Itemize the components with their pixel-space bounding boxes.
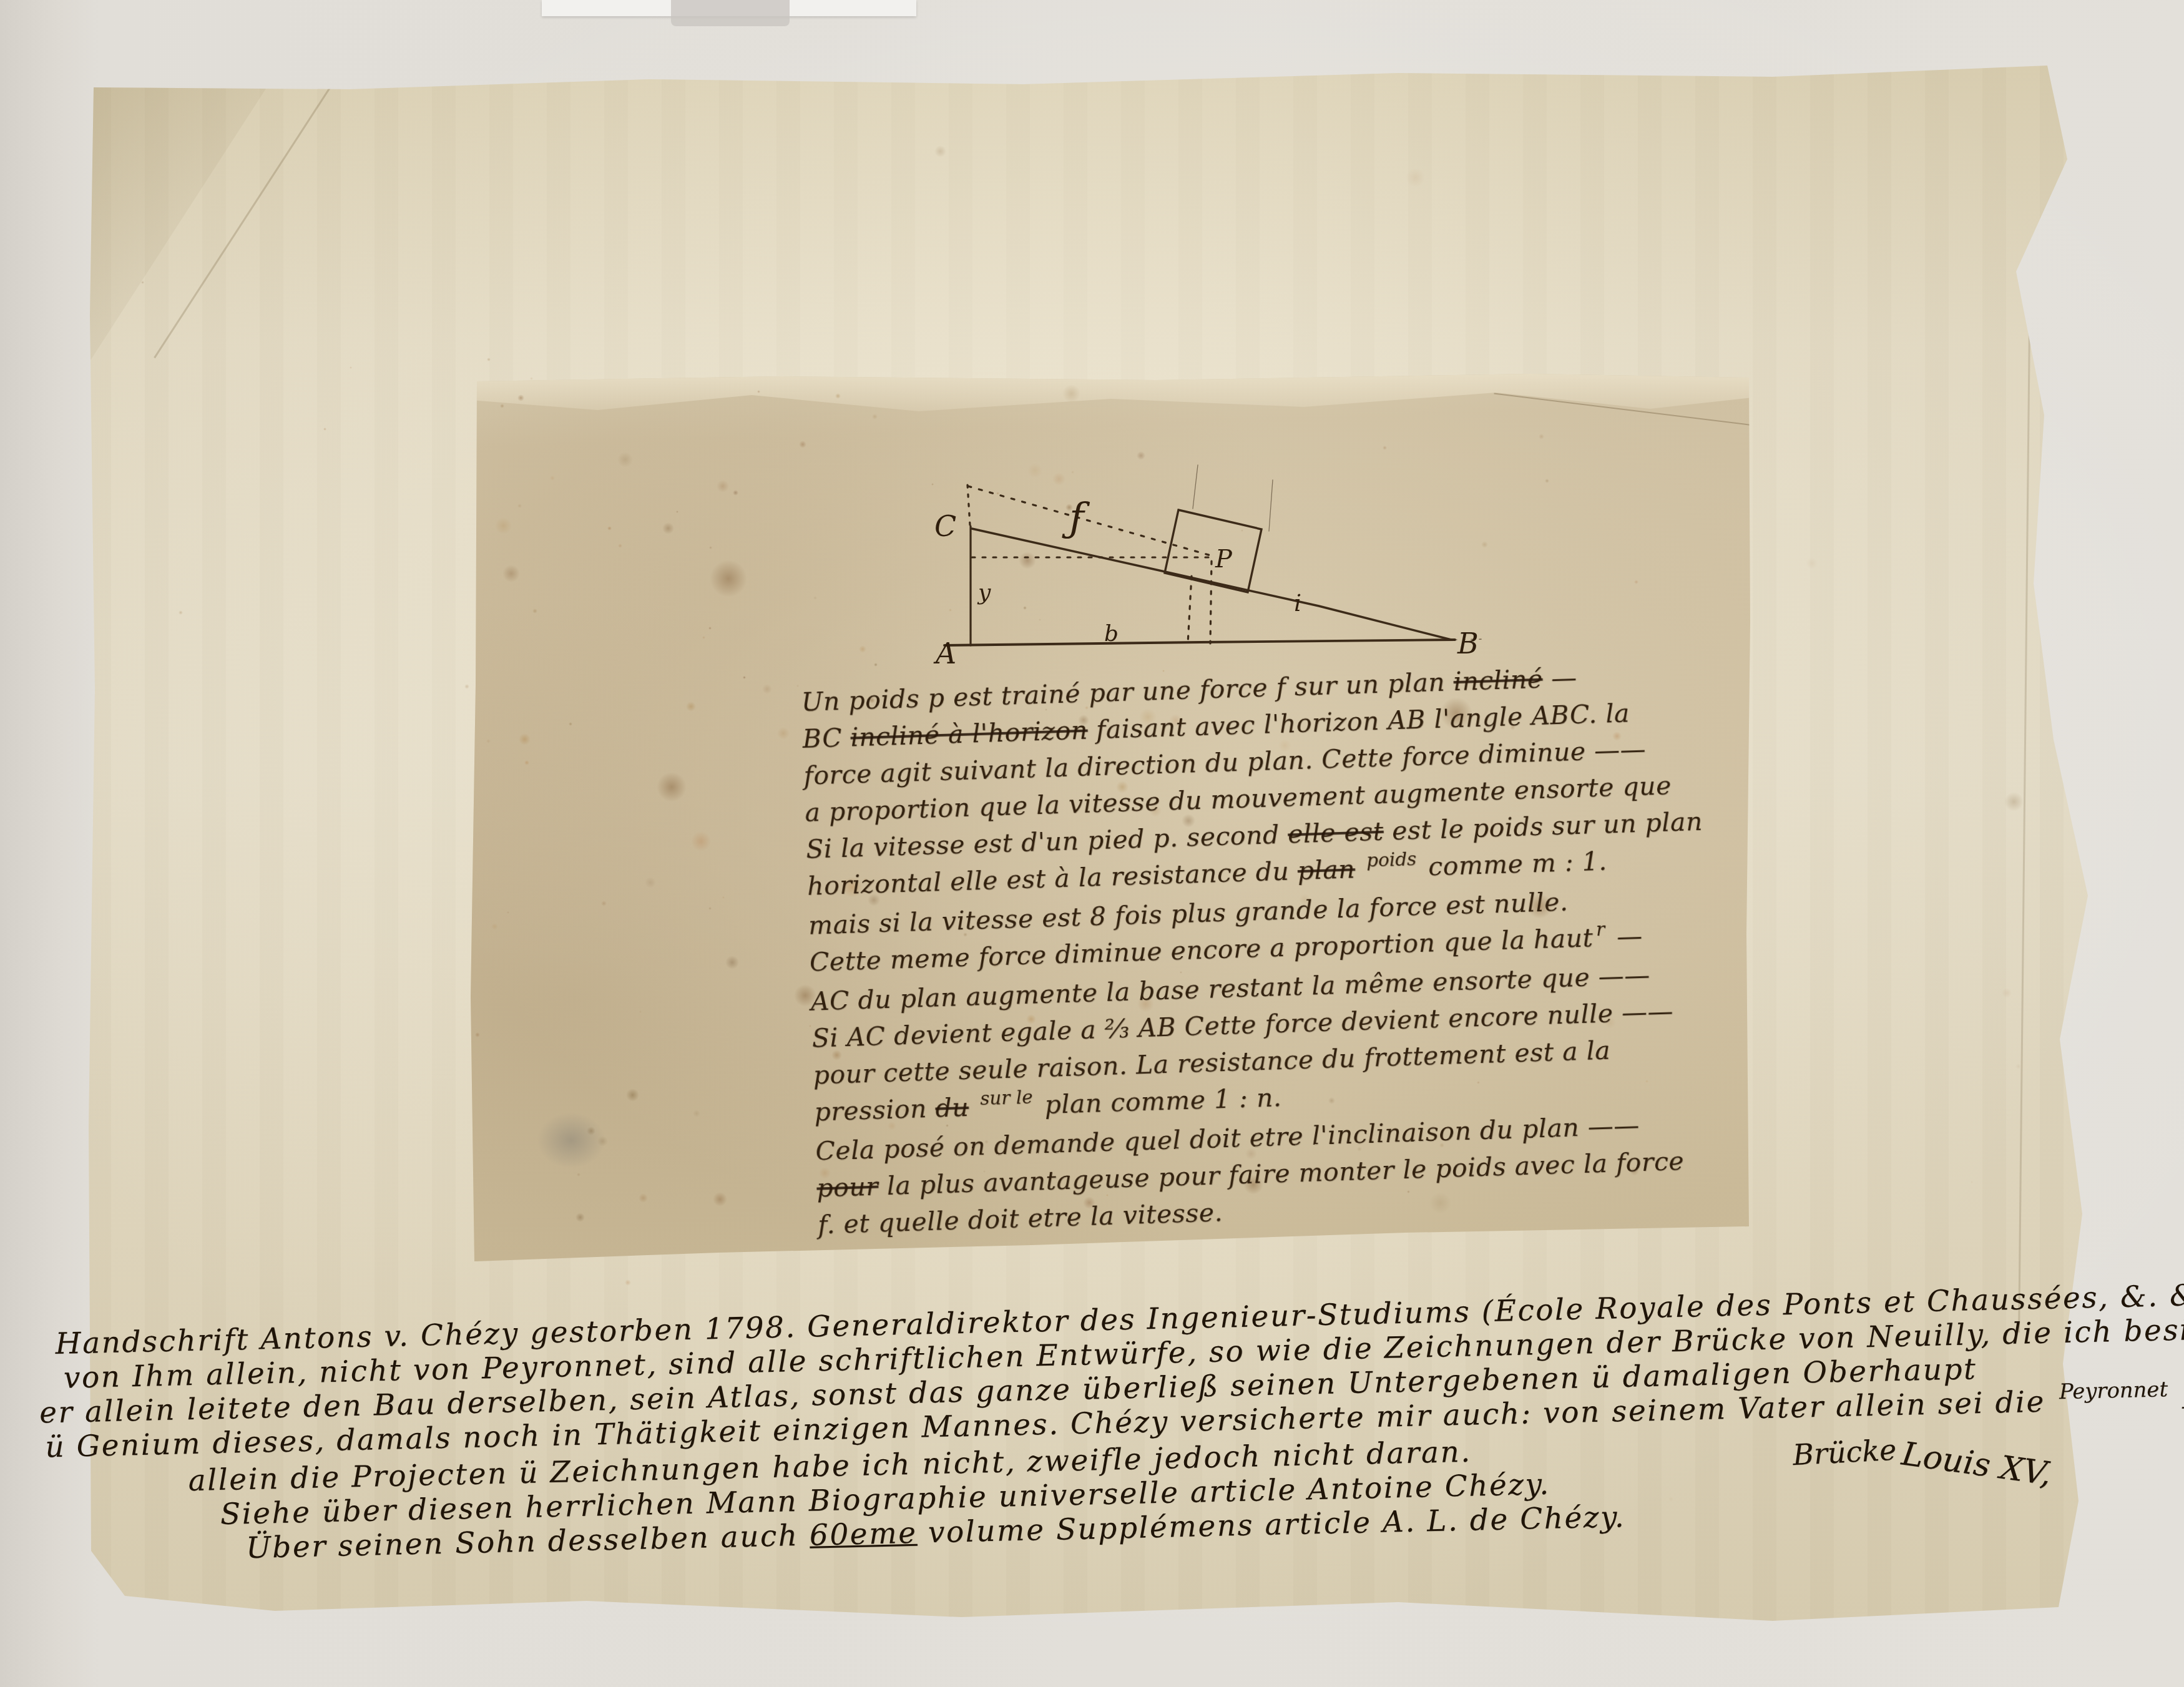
scanner-tab	[671, 0, 790, 26]
diagram-label-y: y	[977, 580, 991, 605]
diagram-drop-dashed-2	[1210, 561, 1212, 643]
corner-fold	[87, 66, 293, 378]
diagram-base-line	[944, 640, 1455, 645]
incline-diagram: C ƒ P y A b i B	[919, 462, 1494, 668]
diagram-hairline-2	[1269, 480, 1273, 531]
diagram-label-P: P	[1215, 545, 1233, 574]
gray-stain	[537, 1112, 605, 1168]
german-annotation: Handschrift Antons v. Chézy gestorben 17…	[55, 1276, 2184, 1570]
diagram-weight-block	[1165, 510, 1261, 592]
right-edge-crease	[2018, 271, 2031, 1332]
french-note: Un poids p est trainé par une force f su…	[801, 656, 1715, 1244]
diagram-hairline-1	[1193, 465, 1198, 509]
diagram-label-C: C	[934, 509, 956, 543]
diagram-height-ext-dashed	[967, 485, 970, 525]
diagram-label-i: i	[1294, 589, 1301, 617]
diagram-drop-dashed-1	[1188, 576, 1192, 643]
diagram-label-A: A	[933, 637, 956, 668]
side-note-bruecke: Brücke	[1792, 1433, 1898, 1472]
diagram-label-f: ƒ	[1062, 495, 1090, 541]
diagram-label-b: b	[1104, 621, 1119, 647]
scanned-manuscript-page: { "colors": { "scanner_bg": "#e1ded8", "…	[0, 0, 2184, 1687]
diagram-label-B: B	[1457, 627, 1479, 660]
